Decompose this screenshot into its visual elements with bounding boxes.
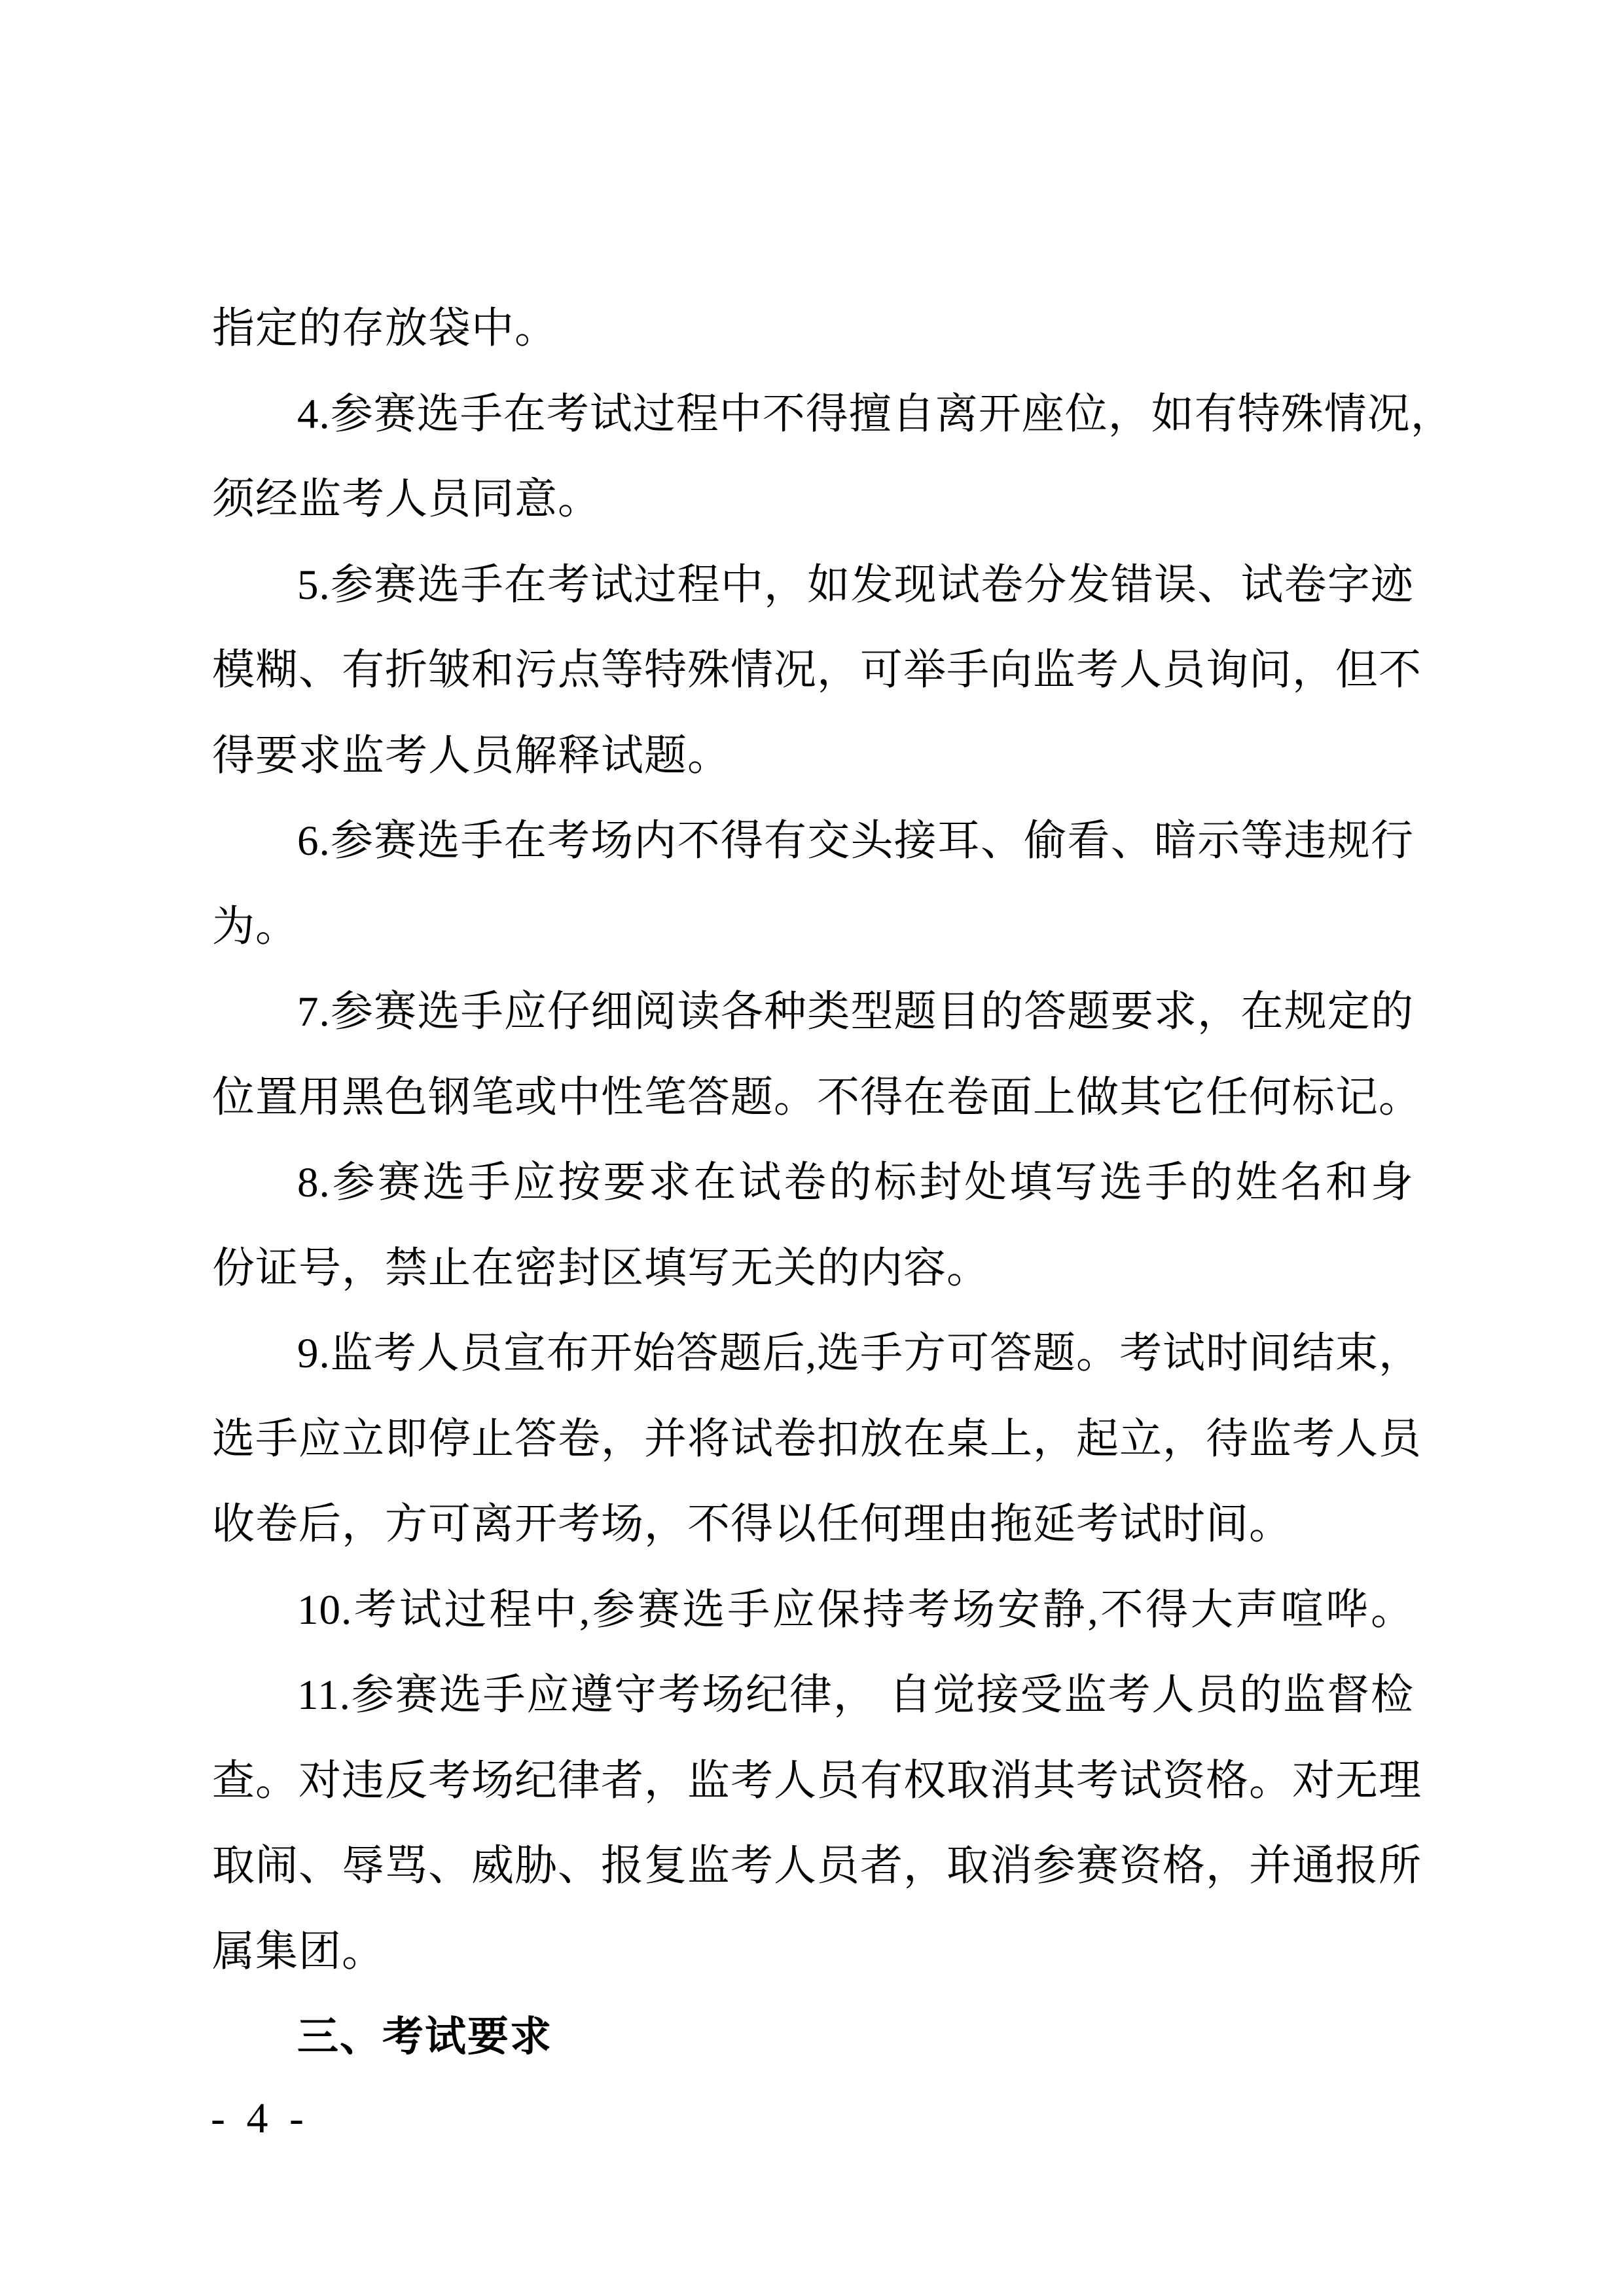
text-line: 9.监考人员宣布开始答题后,选手方可答题。考试时间结束，	[212, 1311, 1414, 1397]
text-line: 8.参赛选手应按要求在试卷的标封处填写选手的姓名和身	[212, 1140, 1414, 1226]
document-page: 指定的存放袋中。4.参赛选手在考试过程中不得擅自离开座位，如有特殊情况，须经监考…	[0, 0, 1624, 2296]
text-line: 4.参赛选手在考试过程中不得擅自离开座位，如有特殊情况，	[212, 372, 1414, 457]
text-line: 位置用黑色钢笔或中性笔答题。不得在卷面上做其它任何标记。	[212, 1055, 1414, 1141]
text-line: 11.参赛选手应遵守考场纪律， 自觉接受监考人员的监督检	[212, 1653, 1414, 1738]
text-line: 收卷后，方可离开考场，不得以任何理由拖延考试时间。	[212, 1482, 1414, 1568]
text-line: 份证号，禁止在密封区填写无关的内容。	[212, 1226, 1414, 1312]
text-line: 10.考试过程中,参赛选手应保持考场安静,不得大声喧哗。	[212, 1568, 1414, 1653]
text-line: 取闹、辱骂、威胁、报复监考人员者，取消参赛资格，并通报所	[212, 1823, 1414, 1909]
text-line: 6.参赛选手在考场内不得有交头接耳、偷看、暗示等违规行	[212, 798, 1414, 884]
section-heading: 三、考试要求	[212, 1994, 1414, 2080]
text-line: 模糊、有折皱和污点等特殊情况，可举手向监考人员询问，但不	[212, 628, 1414, 713]
text-line: 选手应立即停止答卷，并将试卷扣放在桌上，起立，待监考人员	[212, 1397, 1414, 1482]
text-line: 属集团。	[212, 1909, 1414, 1995]
text-line: 须经监考人员同意。	[212, 457, 1414, 543]
page-number: - 4 -	[211, 2076, 304, 2161]
text-line: 指定的存放袋中。	[212, 286, 1414, 372]
text-line: 得要求监考人员解释试题。	[212, 713, 1414, 799]
text-line: 5.参赛选手在考试过程中，如发现试卷分发错误、试卷字迹	[212, 543, 1414, 628]
text-line: 7.参赛选手应仔细阅读各种类型题目的答题要求，在规定的	[212, 969, 1414, 1055]
text-line: 查。对违反考场纪律者，监考人员有权取消其考试资格。对无理	[212, 1738, 1414, 1824]
text-block: 指定的存放袋中。4.参赛选手在考试过程中不得擅自离开座位，如有特殊情况，须经监考…	[212, 286, 1414, 2080]
text-line: 为。	[212, 884, 1414, 970]
